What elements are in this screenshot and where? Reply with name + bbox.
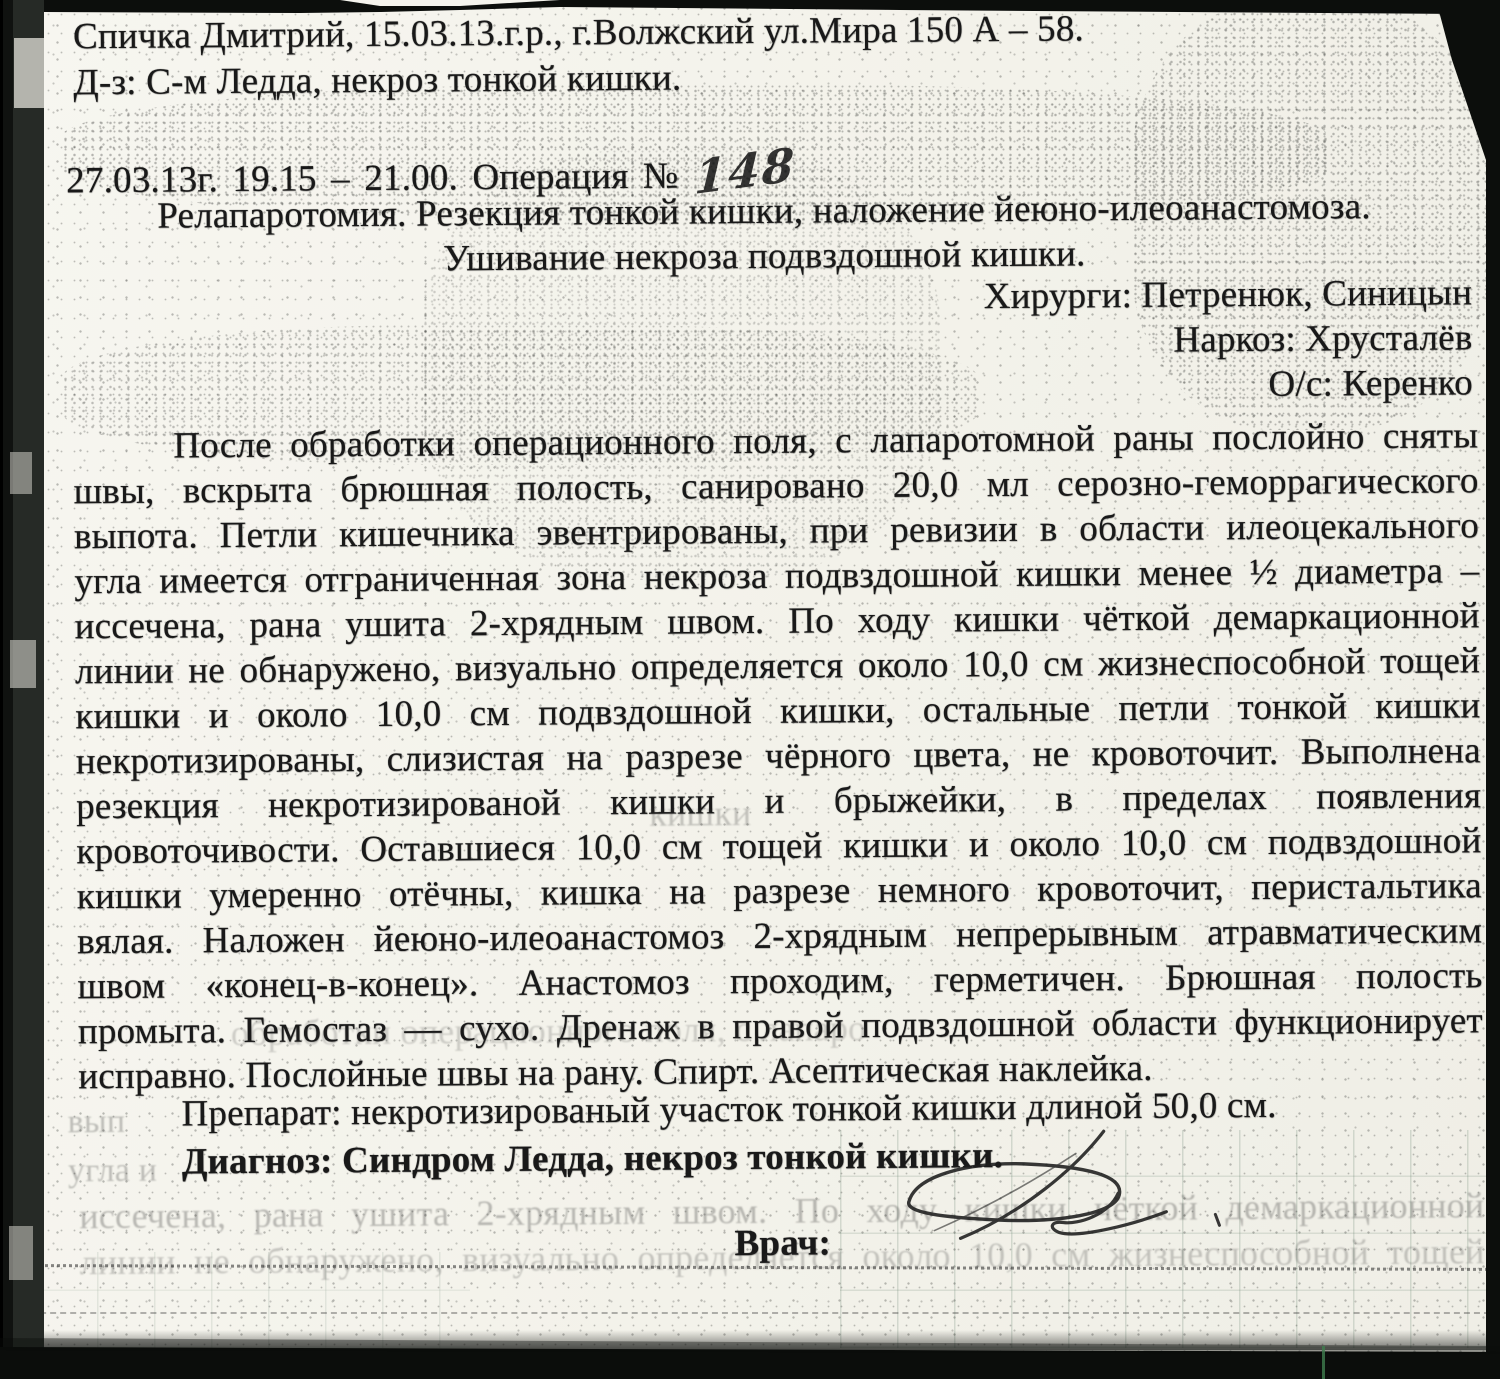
ghost-text-line: иссечена, рана ушита 2-хрядным швом. По … bbox=[79, 1184, 1484, 1237]
ghost-text-line: линии не обнаружено, визуально определяе… bbox=[80, 1230, 1485, 1283]
page-content: Спичка Дмитрий, 15.03.13.г.р., г.Волжски… bbox=[0, 0, 1500, 1379]
scan-edge-shadow bbox=[0, 1330, 1500, 1350]
scanned-document: Спичка Дмитрий, 15.03.13.г.р., г.Волжски… bbox=[0, 0, 1500, 1379]
patient-line: Спичка Дмитрий, 15.03.13.г.р., г.Волжски… bbox=[73, 7, 1084, 59]
green-mark bbox=[1322, 1346, 1325, 1379]
diagnosis-header-line: Д-з: С-м Ледда, некроз тонкой кишки. bbox=[73, 57, 681, 106]
ghost-text-fragment: обработки операционного поля, с лапаро bbox=[231, 1007, 867, 1054]
ghost-text-fragment: вып bbox=[67, 1103, 125, 1141]
doctor-signature bbox=[872, 1114, 1243, 1267]
ghost-text-fragment: угла и bbox=[68, 1152, 157, 1191]
ghost-text-fragment: кишки bbox=[649, 792, 752, 835]
